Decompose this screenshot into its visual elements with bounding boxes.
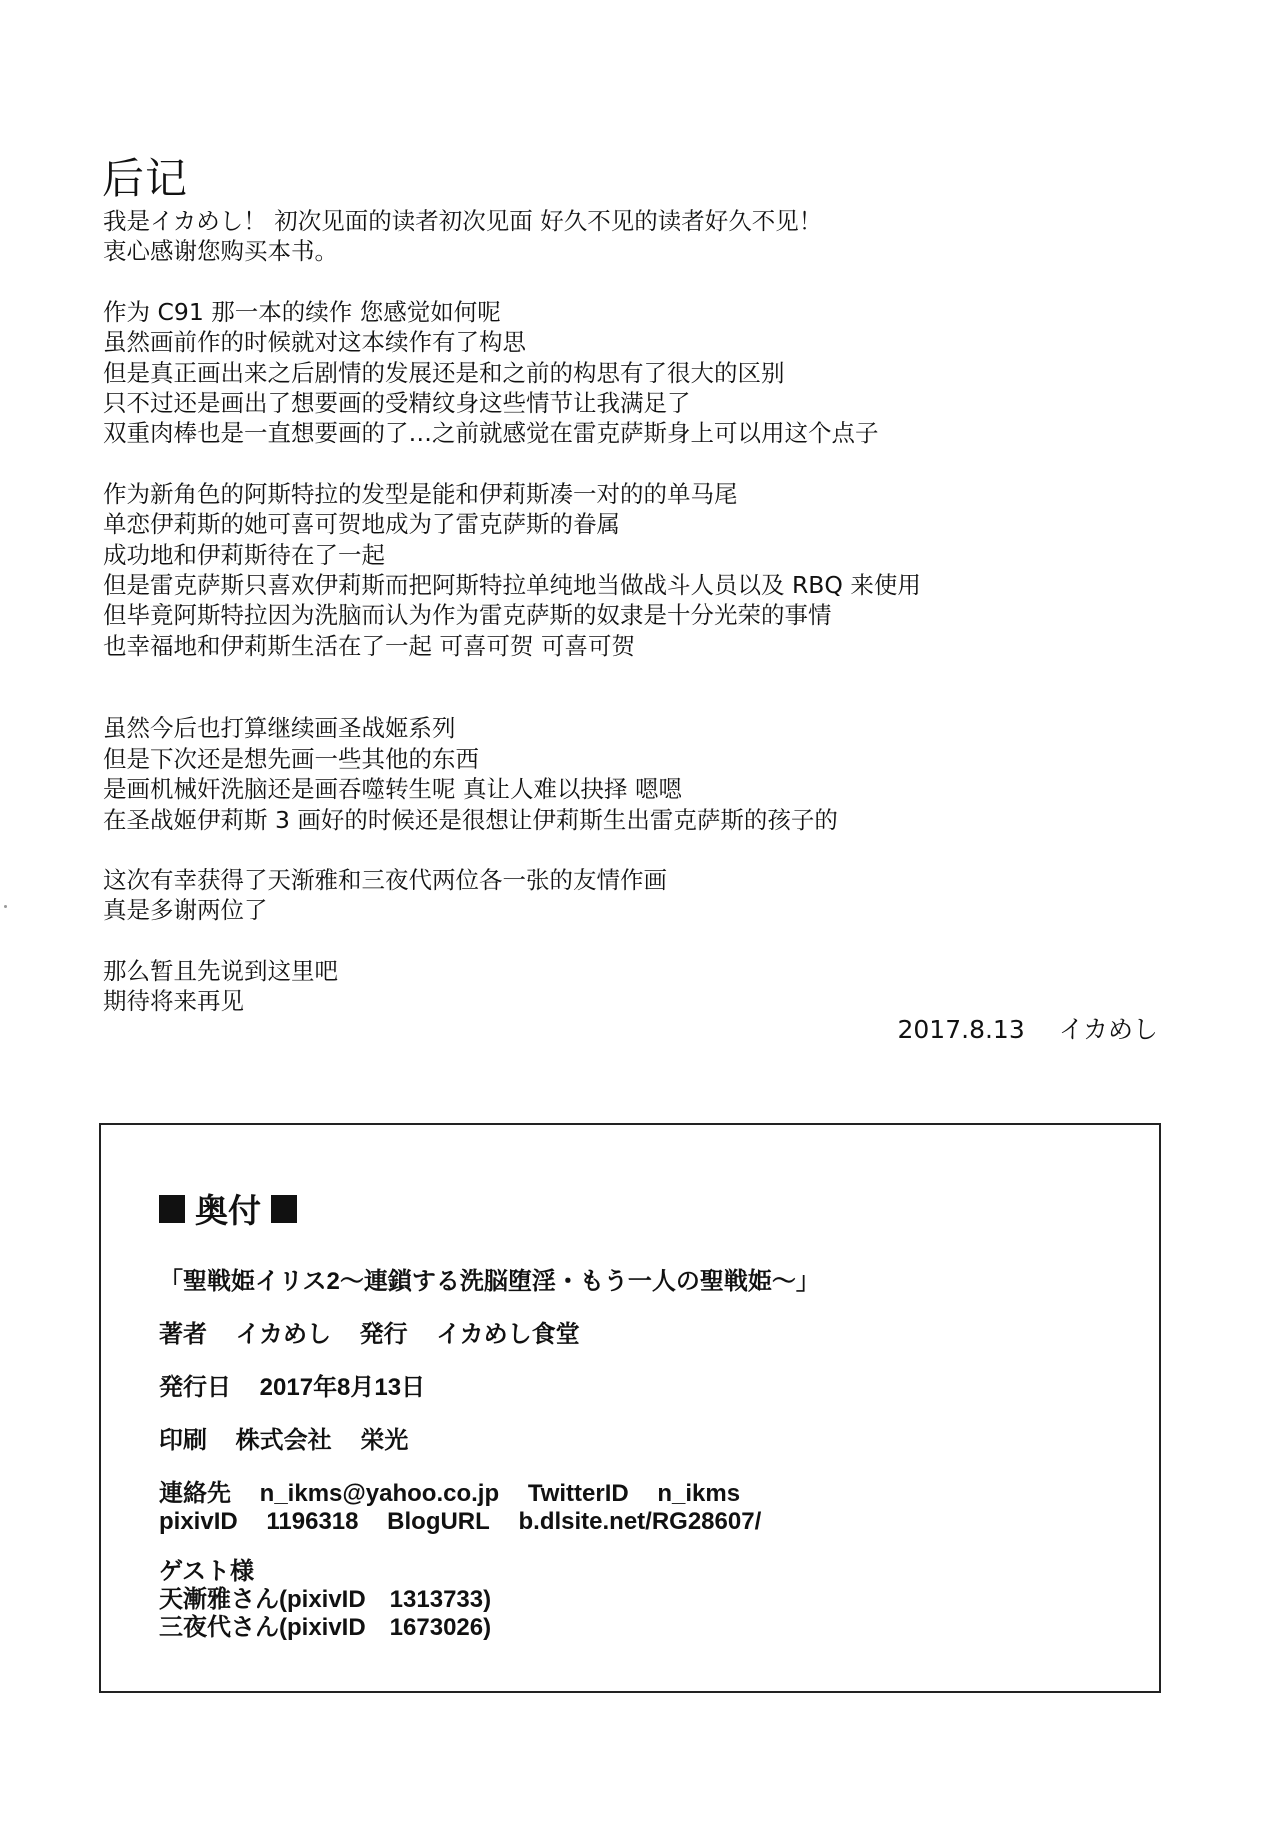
- text-line: 那么暂且先说到这里吧: [103, 956, 1203, 986]
- black-square-icon: [159, 1195, 185, 1223]
- black-square-icon: [271, 1195, 297, 1223]
- colophon-box: 奥付 「聖戦姫イリス2～連鎖する洗脳堕淫・もう一人の聖戦姫～」 著者 イカめし …: [99, 1123, 1161, 1693]
- publish-date-row: 発行日 2017年8月13日: [159, 1374, 820, 1402]
- paragraph-thanks: 这次有幸获得了天渐雅和三夜代两位各一张的友情作画 真是多谢两位了: [103, 865, 1203, 926]
- twitter-value: n_ikms: [657, 1480, 740, 1507]
- guests-label: ゲスト様: [159, 1558, 820, 1586]
- afterword-body: 我是イカめし！ 初次见面的读者初次见面 好久不见的读者好久不见！ 衷心感谢您购买…: [103, 206, 1203, 1047]
- paragraph-future-plans: 虽然今后也打算继续画圣战姬系列 但是下次还是想先画一些其他的东西 是画机械奸洗脑…: [103, 713, 1203, 835]
- text-line: 在圣战姬伊莉斯 3 画好的时候还是很想让伊莉斯生出雷克萨斯的孩子的: [103, 805, 1203, 835]
- printer-label: 印刷: [159, 1427, 207, 1454]
- pixiv-label: pixivID: [159, 1508, 238, 1535]
- publisher-label: 発行: [360, 1321, 408, 1348]
- twitter-label: TwitterID: [528, 1480, 629, 1507]
- text-line: 这次有幸获得了天渐雅和三夜代两位各一张的友情作画: [103, 865, 1203, 895]
- text-line: 作为新角色的阿斯特拉的发型是能和伊莉斯凑一对的的单马尾: [103, 479, 1203, 509]
- colophon-content: 奥付 「聖戦姫イリス2～連鎖する洗脳堕淫・もう一人の聖戦姫～」 著者 イカめし …: [159, 1185, 820, 1664]
- blog-label: BlogURL: [387, 1508, 490, 1535]
- signature-author: イカめし: [1059, 1015, 1158, 1044]
- text-line: 我是イカめし！ 初次见面的读者初次见面 好久不见的读者好久不见！: [103, 206, 1203, 236]
- signature-date: 2017.8.13: [898, 1015, 1025, 1044]
- author-label: 著者: [159, 1321, 207, 1348]
- text-line: 但毕竟阿斯特拉因为洗脑而认为作为雷克萨斯的奴隶是十分光荣的事情: [103, 600, 1203, 630]
- paragraph-greeting: 我是イカめし！ 初次见面的读者初次见面 好久不见的读者好久不见！ 衷心感谢您购买…: [103, 206, 1203, 267]
- scan-artifact: [4, 905, 7, 908]
- contact-row: 連絡先 n_ikms@yahoo.co.jp TwitterID n_ikms: [159, 1480, 820, 1508]
- colophon-heading: 奥付: [159, 1185, 820, 1232]
- contact-label: 連絡先: [159, 1480, 231, 1507]
- publisher-value: イカめし食堂: [436, 1321, 579, 1348]
- date-label: 発行日: [159, 1374, 231, 1401]
- author-publisher-row: 著者 イカめし 発行 イカめし食堂: [159, 1321, 820, 1349]
- text-line: 衷心感谢您购买本书。: [103, 236, 1203, 266]
- email-value: n_ikms@yahoo.co.jp: [260, 1480, 499, 1507]
- text-line: 也幸福地和伊莉斯生活在了一起 可喜可贺 可喜可贺: [103, 631, 1203, 661]
- date-value: 2017年8月13日: [260, 1374, 425, 1401]
- text-line: 作为 C91 那一本的续作 您感觉如何呢: [103, 297, 1203, 327]
- text-line: 但是雷克萨斯只喜欢伊莉斯而把阿斯特拉单纯地当做战斗人员以及 RBQ 来使用: [103, 570, 1203, 600]
- text-line: 是画机械奸洗脑还是画吞噬转生呢 真让人难以抉择 嗯嗯: [103, 774, 1203, 804]
- pixiv-value: 1196318: [266, 1508, 358, 1535]
- colophon-heading-text: 奥付: [195, 1185, 261, 1232]
- paragraph-closing: 那么暂且先说到这里吧 期待将来再见: [103, 956, 1203, 1017]
- afterword-title: 后记: [102, 146, 188, 206]
- guest-item: 天漸雅さん(pixivID 1313733): [159, 1586, 820, 1614]
- pixiv-blog-row: pixivID 1196318 BlogURL b.dlsite.net/RG2…: [159, 1508, 820, 1536]
- text-line: 虽然今后也打算继续画圣战姬系列: [103, 713, 1203, 743]
- text-line: 成功地和伊莉斯待在了一起: [103, 540, 1203, 570]
- book-title: 「聖戦姫イリス2～連鎖する洗脳堕淫・もう一人の聖戦姫～」: [159, 1268, 820, 1296]
- printer-name: 栄光: [360, 1427, 408, 1454]
- paragraph-sequel: 作为 C91 那一本的续作 您感觉如何呢 虽然画前作的时候就对这本续作有了构思 …: [103, 297, 1203, 449]
- text-line: 但是下次还是想先画一些其他的东西: [103, 744, 1203, 774]
- text-line: 双重肉棒也是一直想要画的了…之前就感觉在雷克萨斯身上可以用这个点子: [103, 418, 1203, 448]
- afterword-signature: 2017.8.13イカめし: [898, 1010, 1159, 1046]
- printer-company: 株式会社: [236, 1427, 332, 1454]
- text-line: 只不过还是画出了想要画的受精纹身这些情节让我满足了: [103, 388, 1203, 418]
- text-line: 虽然画前作的时候就对这本续作有了构思: [103, 327, 1203, 357]
- text-line: 但是真正画出来之后剧情的发展还是和之前的构思有了很大的区别: [103, 358, 1203, 388]
- blog-value: b.dlsite.net/RG28607/: [518, 1508, 761, 1535]
- text-line: 单恋伊莉斯的她可喜可贺地成为了雷克萨斯的眷属: [103, 509, 1203, 539]
- printer-row: 印刷 株式会社 栄光: [159, 1427, 820, 1455]
- text-line: 真是多谢两位了: [103, 895, 1203, 925]
- paragraph-new-character: 作为新角色的阿斯特拉的发型是能和伊莉斯凑一对的的单马尾 单恋伊莉斯的她可喜可贺地…: [103, 479, 1203, 661]
- author-value: イカめし: [236, 1321, 331, 1348]
- guests-block: ゲスト様 天漸雅さん(pixivID 1313733) 三夜代さん(pixivI…: [159, 1558, 820, 1642]
- guest-item: 三夜代さん(pixivID 1673026): [159, 1614, 820, 1642]
- contact-block: 連絡先 n_ikms@yahoo.co.jp TwitterID n_ikms …: [159, 1480, 820, 1536]
